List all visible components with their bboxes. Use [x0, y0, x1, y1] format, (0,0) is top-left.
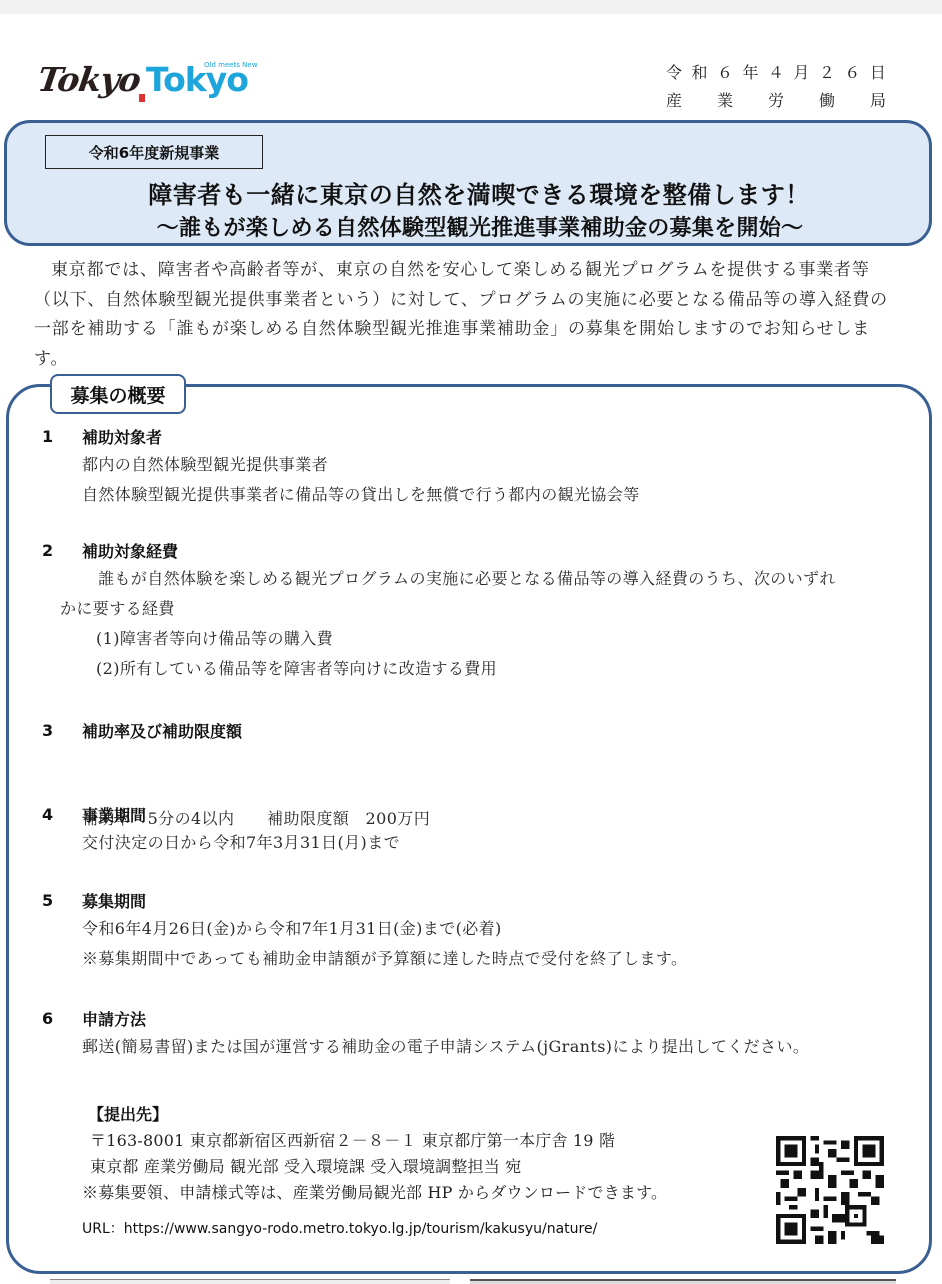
issue-date: 令 和 ６ 年 ４ 月 ２ ６ 日: [666, 60, 886, 88]
date-char: 年: [742, 60, 758, 88]
section-body: 令和6年4月26日(金)から令和7年1月31日(金)まで(必着) ※募集期間中で…: [42, 914, 912, 974]
new-project-tag: 令和6年度新規事業: [45, 135, 263, 169]
section-title: 補助対象者: [82, 425, 162, 448]
date-char: ４: [768, 60, 784, 88]
section-title: 補助対象経費: [82, 539, 178, 562]
logo-tagline: Old meets New: [204, 61, 257, 69]
section-1: 1 補助対象者 都内の自然体験型観光提供事業者 自然体験型観光提供事業者に備品等…: [42, 422, 912, 510]
footer-box-left-edge: [50, 1279, 450, 1284]
section-number: 4: [42, 805, 82, 824]
section-note: ※募集期間中であっても補助金申請額が予算額に達した時点で受付を終了します。: [82, 944, 912, 974]
section-subitem: (1)障害者等向け備品等の購入費: [82, 624, 912, 654]
subheadline: ～誰もが楽しめる自然体験型観光推進事業補助金の募集を開始～: [7, 211, 929, 242]
intro-text: 東京都では、障害者や高齢者等が、東京の自然を安心して楽しめる観光プログラムを提供…: [34, 256, 904, 374]
date-char: 月: [793, 60, 809, 88]
section-line: 交付決定の日から令和7年3月31日(月)まで: [82, 828, 912, 858]
title-box: 令和6年度新規事業 障害者も一緒に東京の自然を満喫できる環境を整備します！ ～誰…: [4, 120, 932, 246]
submission-details: 〒163-8001 東京都新宿区西新宿２－８－１ 東京都庁第一本庁舎 19 階 …: [82, 1128, 667, 1206]
date-char: ２: [819, 60, 835, 88]
section-number: 6: [42, 1009, 82, 1028]
department-char: 労: [768, 88, 784, 116]
section-subitem: (2)所有している備品等を障害者等向けに改造する費用: [82, 654, 912, 684]
section-body: 郵送(簡易書留)または国が運営する補助金の電子申請システム(jGrants)によ…: [42, 1032, 912, 1062]
section-5: 5 募集期間 令和6年4月26日(金)から令和7年1月31日(金)まで(必着) …: [42, 886, 912, 974]
department-char: 働: [819, 88, 835, 116]
top-bar: [0, 0, 942, 14]
logo-stamp-icon: [139, 94, 145, 102]
section-heading: 1 補助対象者: [42, 422, 912, 450]
submission-recipient: 東京都 産業労働局 観光部 受入環境課 受入環境調整担当 宛: [82, 1154, 667, 1180]
date-char: 令: [666, 60, 682, 88]
section-line: 郵送(簡易書留)または国が運営する補助金の電子申請システム(jGrants)によ…: [82, 1032, 912, 1062]
section-line: 令和6年4月26日(金)から令和7年1月31日(金)まで(必着): [82, 914, 912, 944]
tokyo-tokyo-logo: Tokyo Tokyo Old meets New: [38, 58, 258, 110]
date-char: ６: [717, 60, 733, 88]
section-title: 補助率及び補助限度額: [82, 719, 242, 742]
qr-code-icon[interactable]: [776, 1136, 884, 1244]
section-number: 2: [42, 541, 82, 560]
section-6: 6 申請方法 郵送(簡易書留)または国が運営する補助金の電子申請システム(jGr…: [42, 1004, 912, 1062]
section-title: 事業期間: [82, 803, 146, 826]
logo-script-text: Tokyo: [35, 60, 142, 99]
section-heading: 4 事業期間: [42, 800, 912, 828]
submission-address: 〒163-8001 東京都新宿区西新宿２－８－１ 東京都庁第一本庁舎 19 階: [82, 1128, 667, 1154]
section-heading: 3 補助率及び補助限度額: [42, 716, 912, 744]
info-url-link[interactable]: URL：https://www.sangyo-rodo.metro.tokyo.…: [82, 1218, 597, 1238]
overview-tab-label: 募集の概要: [50, 374, 186, 414]
date-char: 日: [870, 60, 886, 88]
department-char: 業: [717, 88, 733, 116]
department-char: 産: [666, 88, 682, 116]
download-note: ※募集要領、申請様式等は、産業労働局観光部 HP からダウンロードできます。: [82, 1180, 667, 1206]
section-2: 2 補助対象経費 誰もが自然体験を楽しめる観光プログラムの実施に必要となる備品等…: [42, 536, 912, 684]
headline: 障害者も一緒に東京の自然を満喫できる環境を整備します！: [7, 175, 929, 210]
date-char: ６: [844, 60, 860, 88]
section-body: 誰もが自然体験を楽しめる観光プログラムの実施に必要となる備品等の導入経費のうち、…: [42, 564, 912, 684]
department-name: 産 業 労 働 局: [666, 88, 886, 116]
section-number: 1: [42, 427, 82, 446]
section-line: かに要する経費: [60, 594, 912, 624]
section-number: 3: [42, 721, 82, 740]
section-number: 5: [42, 891, 82, 910]
section-title: 申請方法: [82, 1007, 146, 1030]
section-4: 4 事業期間 交付決定の日から令和7年3月31日(月)まで: [42, 800, 912, 858]
date-department-block: 令 和 ６ 年 ４ 月 ２ ６ 日 産 業 労 働 局: [666, 60, 886, 116]
section-body: 交付決定の日から令和7年3月31日(月)まで: [42, 828, 912, 858]
section-heading: 6 申請方法: [42, 1004, 912, 1032]
section-heading: 5 募集期間: [42, 886, 912, 914]
section-body: 都内の自然体験型観光提供事業者 自然体験型観光提供事業者に備品等の貸出しを無償で…: [42, 450, 912, 510]
section-line: 都内の自然体験型観光提供事業者: [82, 450, 912, 480]
footer-box-right-edge: [470, 1279, 896, 1284]
section-line: 誰もが自然体験を楽しめる観光プログラムの実施に必要となる備品等の導入経費のうち、…: [82, 564, 912, 594]
intro-paragraph: 東京都では、障害者や高齢者等が、東京の自然を安心して楽しめる観光プログラムを提供…: [34, 256, 904, 374]
department-char: 局: [870, 88, 886, 116]
section-line: 自然体験型観光提供事業者に備品等の貸出しを無償で行う都内の観光協会等: [82, 480, 912, 510]
section-heading: 2 補助対象経費: [42, 536, 912, 564]
section-title: 募集期間: [82, 889, 146, 912]
submission-heading: 【提出先】: [88, 1102, 168, 1125]
date-char: 和: [691, 60, 707, 88]
